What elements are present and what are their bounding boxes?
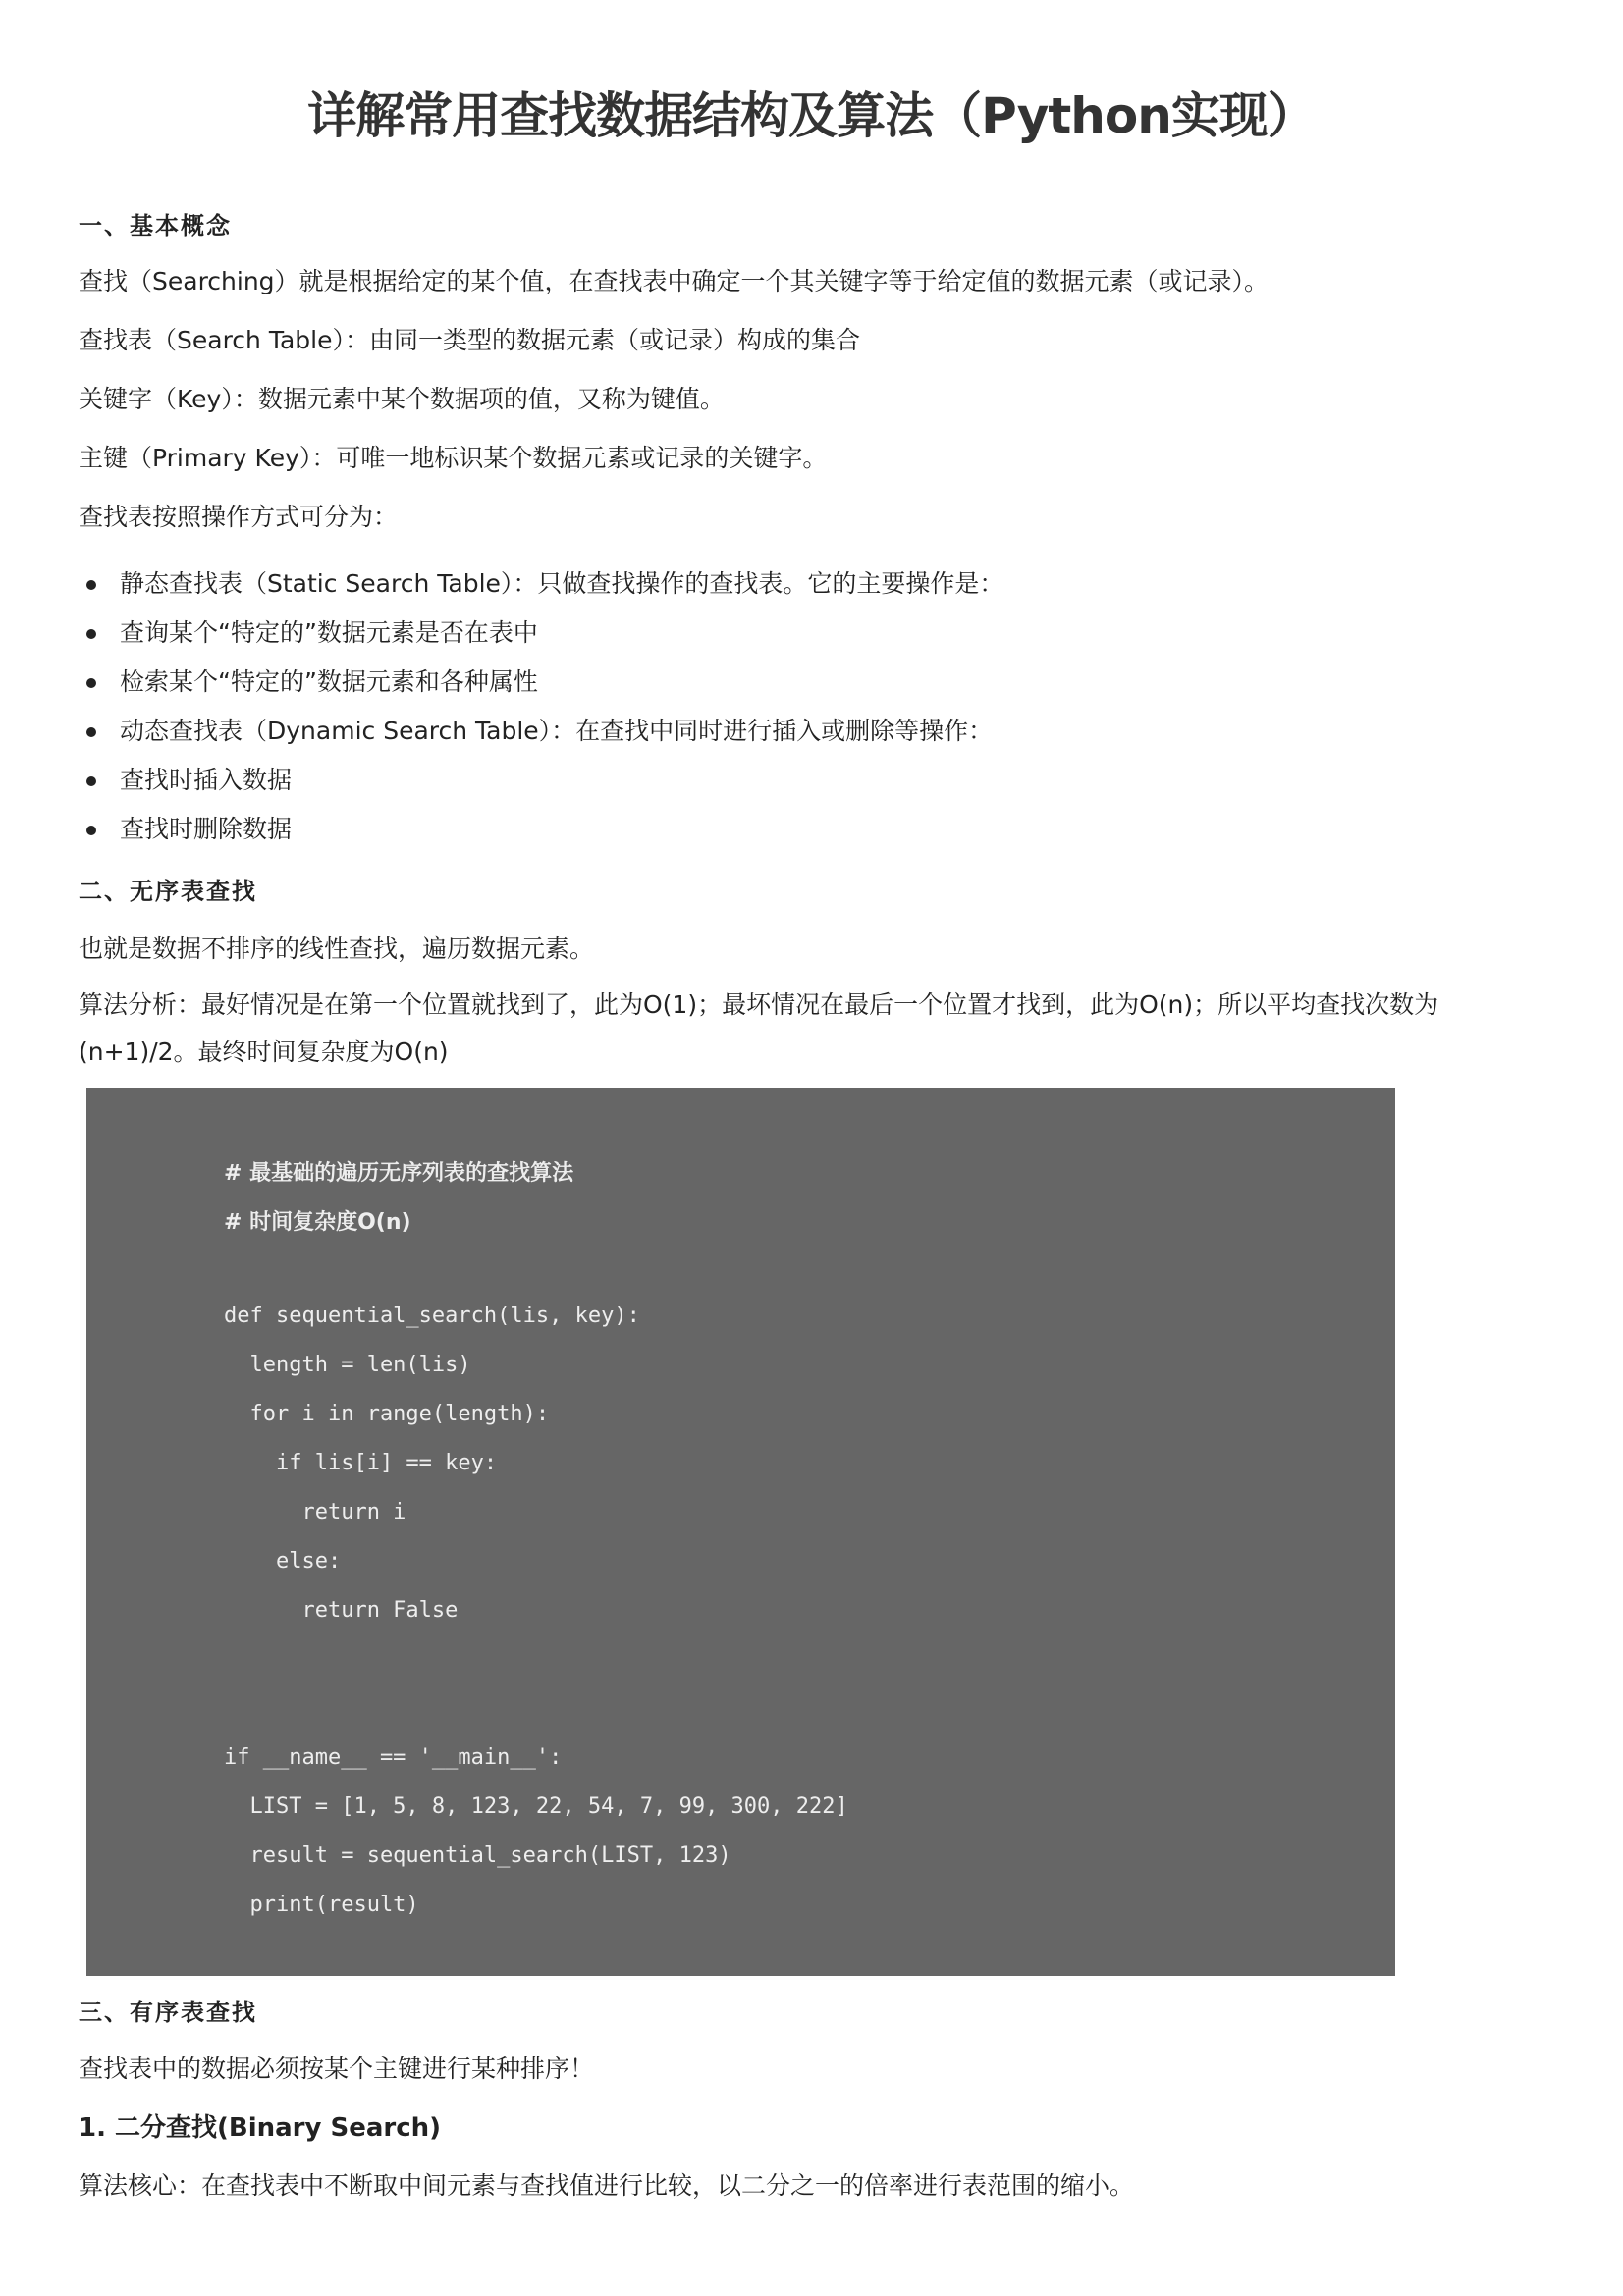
list-item: 动态查找表（Dynamic Search Table）：在查找中同时进行插入或删… [79,707,1003,756]
code-block: # 最基础的遍历无序列表的查找算法 # 时间复杂度O(n) def sequen… [86,1088,1395,1976]
page-title: 详解常用查找数据结构及算法（Python实现） [0,77,1623,147]
paragraph-key: 关键字（Key）：数据元素中某个数据项的值，又称为键值。 [79,380,725,415]
bullet-icon [86,776,96,786]
list-item: 静态查找表（Static Search Table）：只做查找操作的查找表。它的… [79,560,1003,609]
list-item: 查询某个“特定的”数据元素是否在表中 [79,609,1003,658]
code-line: return i [224,1500,406,1524]
paragraph-algorithm-analysis: 算法分析：最好情况是在第一个位置就找到了，此为O(1)；最坏情况在最后一个位置才… [79,982,1551,1076]
paragraph-search-table: 查找表（Search Table）：由同一类型的数据元素（或记录）构成的集合 [79,321,860,356]
code-line: if __name__ == '__main__': [224,1745,562,1770]
code-line: result = sequential_search(LIST, 123) [224,1843,731,1868]
bullet-list: 静态查找表（Static Search Table）：只做查找操作的查找表。它的… [79,560,1003,854]
code-line: for i in range(length): [224,1402,549,1426]
code-line: print(result) [224,1893,419,1917]
subheading-binary-search: 1. 二分查找(Binary Search) [79,2108,441,2144]
paragraph-primary-key: 主键（Primary Key）：可唯一地标识某个数据元素或记录的关键字。 [79,439,827,474]
code-line: LIST = [1, 5, 8, 123, 22, 54, 7, 99, 300… [224,1794,848,1819]
list-item: 查找时插入数据 [79,756,1003,805]
bullet-icon [86,678,96,688]
code-line: def sequential_search(lis, key): [224,1304,640,1328]
bullet-icon [86,826,96,835]
paragraph-searching-definition: 查找（Searching）就是根据给定的某个值，在查找表中确定一个其关键字等于给… [79,262,1269,297]
list-item: 查找时删除数据 [79,805,1003,854]
bullet-icon [86,580,96,590]
paragraph-classification: 查找表按照操作方式可分为： [79,498,398,533]
code-line: if lis[i] == key: [224,1451,497,1475]
paragraph-linear-search: 也就是数据不排序的线性查找，遍历数据元素。 [79,930,594,965]
section-heading-ordered-search: 三、有序表查找 [79,1993,257,2027]
code-line: length = len(lis) [224,1353,471,1377]
section-heading-unordered-search: 二、无序表查找 [79,872,257,906]
code-line: return False [224,1598,458,1623]
code-line: # 时间复杂度O(n) [224,1205,411,1236]
bullet-icon [86,629,96,639]
section-heading-basic-concepts: 一、基本概念 [79,206,232,240]
bullet-icon [86,727,96,737]
code-line: else: [224,1549,341,1574]
list-item: 检索某个“特定的”数据元素和各种属性 [79,658,1003,707]
paragraph-binary-search-core: 算法核心：在查找表中不断取中间元素与查找值进行比较，以二分之一的倍率进行表范围的… [79,2166,1134,2202]
code-line: # 最基础的遍历无序列表的查找算法 [224,1156,573,1187]
paragraph-ordered-requirement: 查找表中的数据必须按某个主键进行某种排序！ [79,2050,594,2085]
